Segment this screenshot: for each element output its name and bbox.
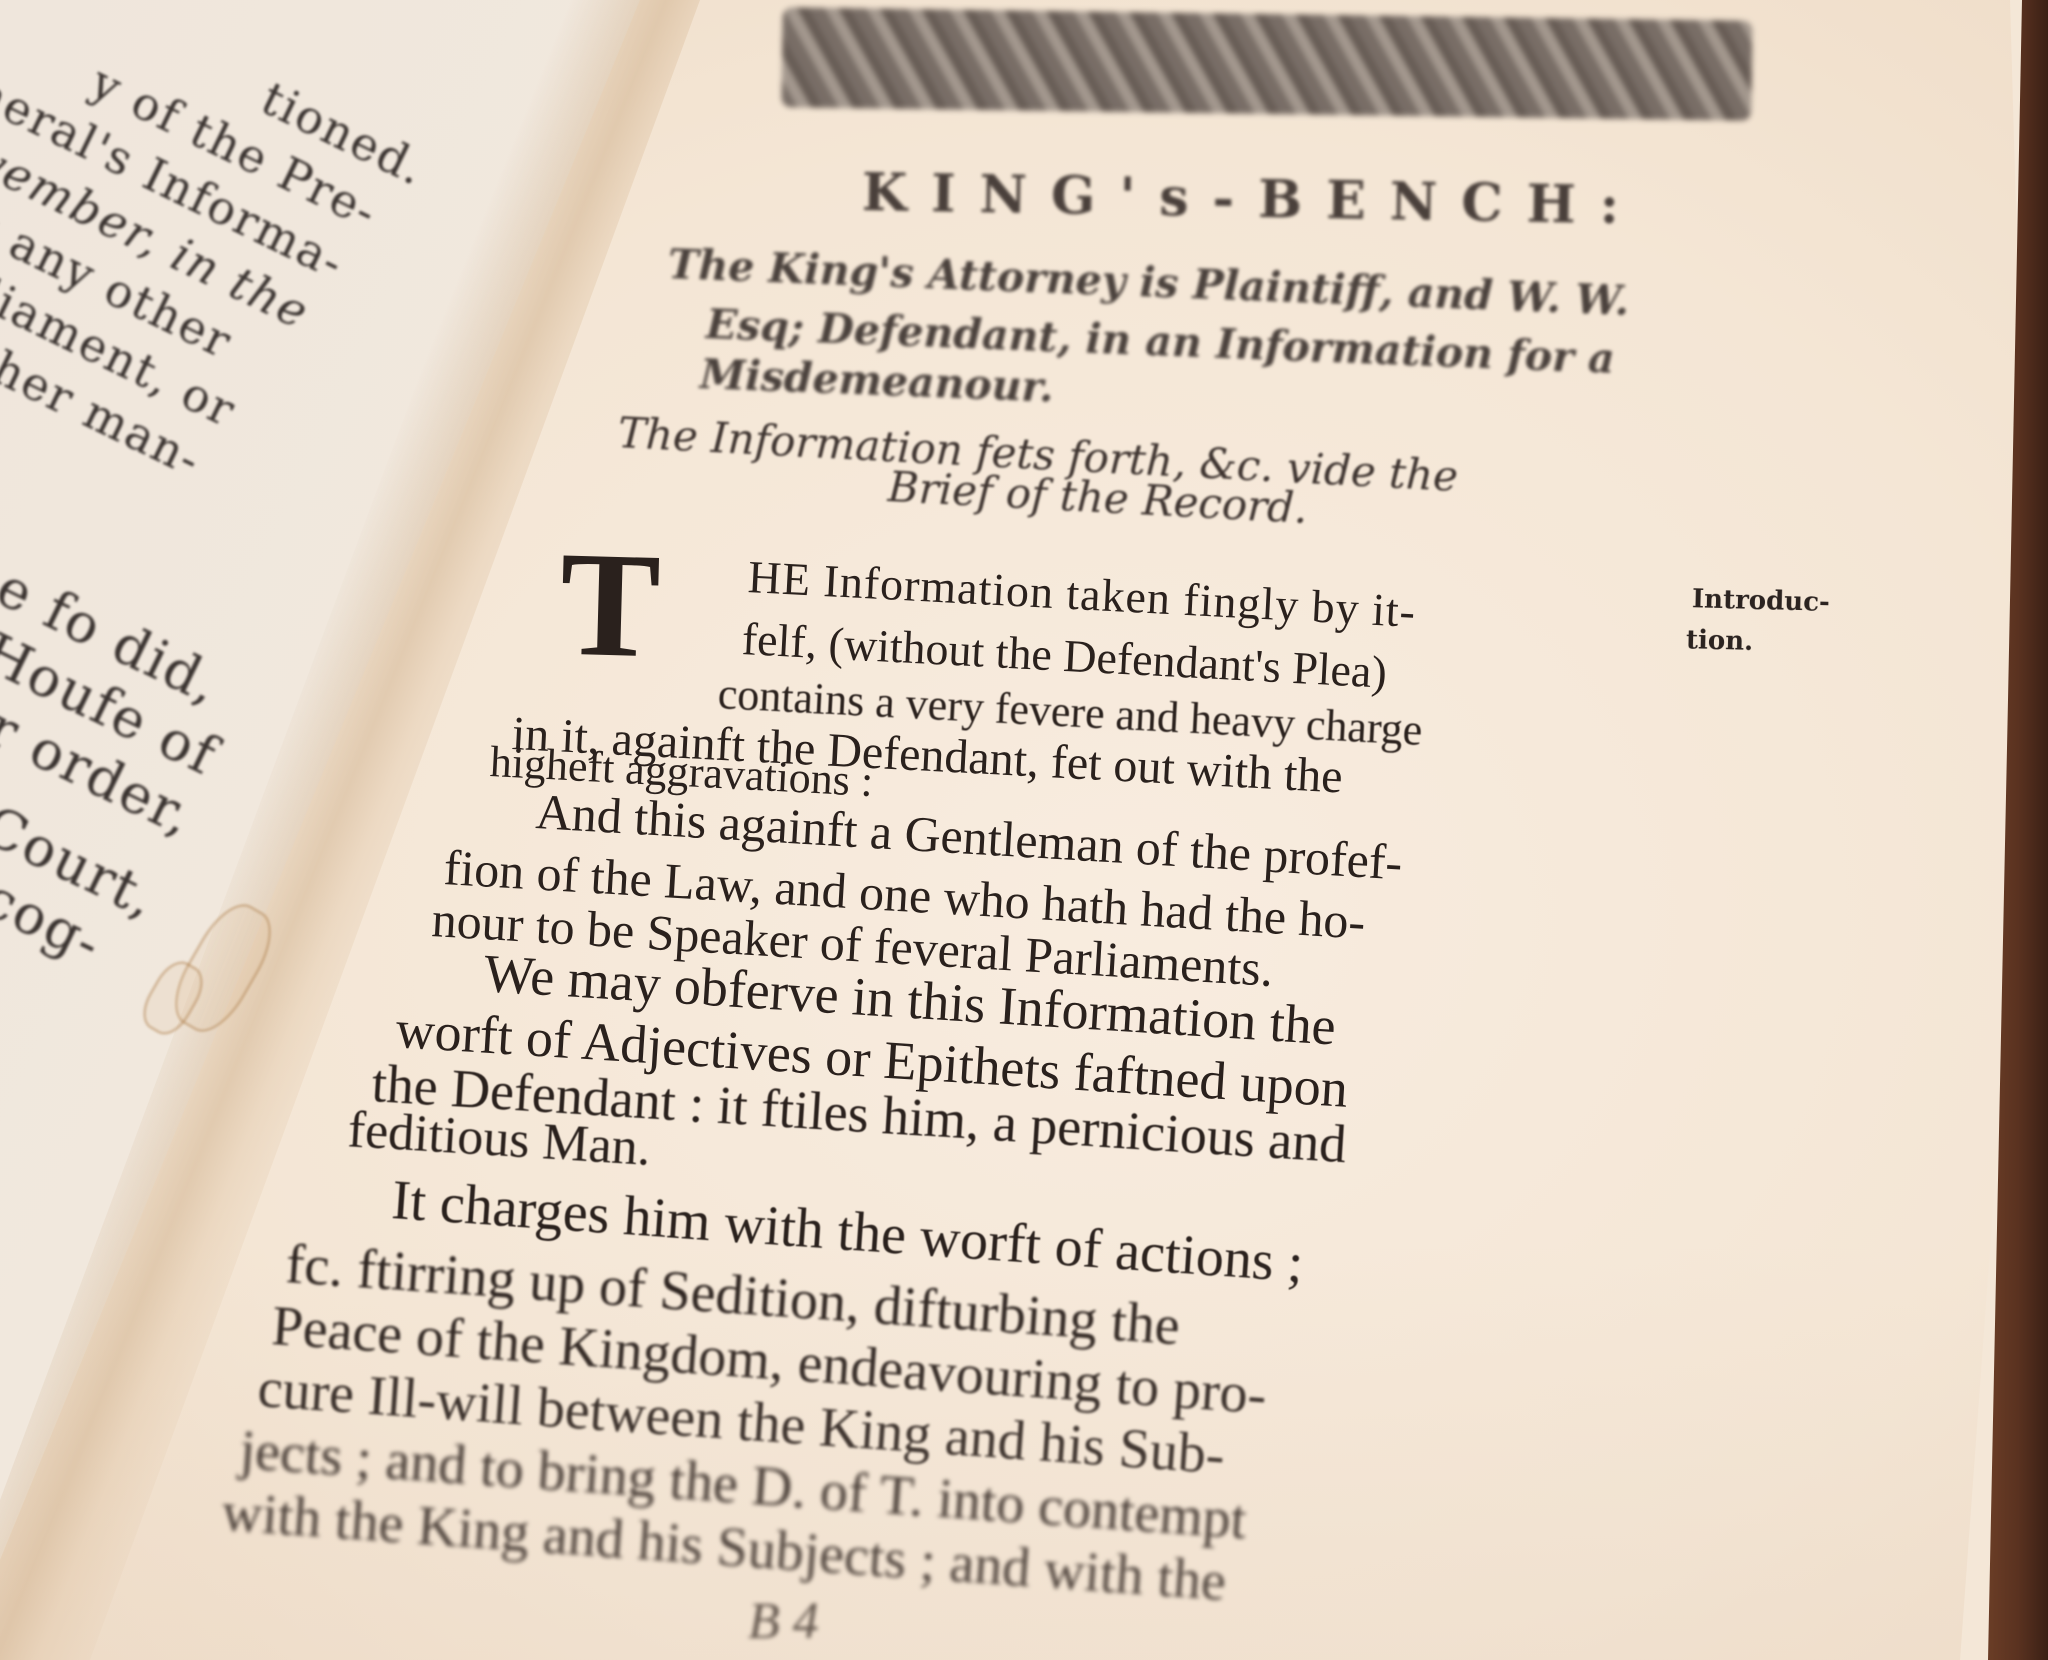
court-heading: KING's-BENCH:: [861, 162, 1643, 237]
headpiece-ornament-icon: [781, 7, 1752, 121]
open-book-photo: tioned. y of the Pre- eneral's Informa- …: [0, 0, 2048, 1660]
drop-cap: T: [558, 529, 662, 682]
margin-note-line: Introduc-: [1692, 584, 1831, 618]
signature-mark: B 4: [748, 1592, 819, 1651]
margin-note-line: tion.: [1686, 625, 1754, 657]
